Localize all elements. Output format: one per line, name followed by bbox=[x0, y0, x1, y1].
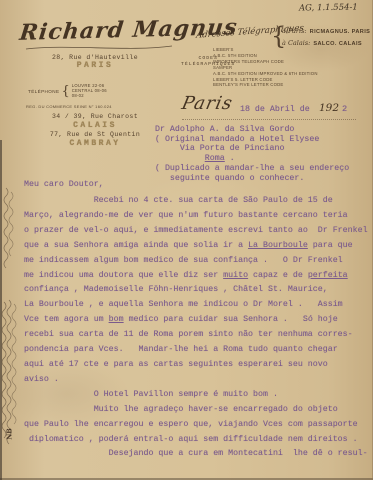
cambray-street: 77, Rue de St Quentin bbox=[36, 131, 154, 139]
salutation: Meu caro Doutor, bbox=[24, 180, 104, 189]
calais-city: CALAIS bbox=[36, 122, 154, 130]
body-line: Desejando que a cura em Montecatini lhe … bbox=[24, 447, 368, 462]
body-line: recebi sua carta de 11 de Roma porem sin… bbox=[24, 328, 368, 343]
branch-addresses-block: 34 / 39, Rue Charost CALAIS 77, Rue de S… bbox=[36, 112, 154, 148]
letter-scan: AG, 1.1.554-1 Richard Magnus 28, Rue d'H… bbox=[0, 0, 373, 480]
paris-city: PARIS bbox=[40, 62, 150, 70]
recipient-block: Dr Adolpho A. da Silva Gordo( Original m… bbox=[155, 125, 349, 183]
telegraph-codes-list: LIEBER'SA.B.C. 5TH EDITIONIMPORTERS TELE… bbox=[213, 47, 318, 88]
dateline-city: Paris bbox=[180, 93, 235, 114]
letter-body: Recebi no 4 cte. sua carta de São Paulo … bbox=[24, 194, 368, 462]
handwritten-margin-note-top bbox=[2, 186, 16, 286]
telephone-numbers: LOUVRE 22-06CENTRAL 08-0608-02 bbox=[72, 84, 107, 98]
commerce-registration: REG. DU COMMERCE SEINE N° 160.024 bbox=[26, 104, 112, 109]
paris-address-block: 28, Rue d'Hauteville PARIS bbox=[40, 54, 150, 70]
body-line: diplomatico , poderá entral-o aqui sem d… bbox=[24, 433, 368, 448]
recipient-line: Dr Adolpho A. da Silva Gordo bbox=[155, 125, 349, 135]
dateline-rule bbox=[182, 119, 356, 120]
body-line: que a sua Senhora amiga ainda que solia … bbox=[24, 239, 368, 254]
logo-flourish-icon bbox=[24, 44, 174, 52]
body-line: me indicou uma doutora que elle diz ser … bbox=[24, 269, 368, 284]
body-line: aviso . bbox=[24, 373, 368, 388]
recipient-line: seguinte quando o conhecer. bbox=[155, 174, 349, 184]
cambray-city: CAMBRAY bbox=[36, 140, 154, 148]
archive-reference: AG, 1.1.554-1 bbox=[299, 2, 358, 13]
telephone-label: TÉLÉPHONE bbox=[28, 89, 59, 94]
body-line: Vce tem agora um bom medico para cuidar … bbox=[24, 313, 368, 328]
body-line: que Paulo lhe encarregou e espero que, v… bbox=[24, 418, 368, 433]
telegraph-code: BENTLEY'S FIVE LETTER CODE bbox=[213, 82, 318, 88]
dateline-year-printed: 192 bbox=[319, 102, 339, 114]
telegraph-code: A.B.C. 5TH EDITION IMPROVED & 6TH EDITIO… bbox=[213, 71, 318, 77]
margin-note-nb-label: NB bbox=[6, 428, 14, 439]
telegraph-address-paris: à Paris: RICMAGNUS. PARIS bbox=[282, 26, 370, 38]
body-line: Março, alegrando-me de ver que n'um futu… bbox=[24, 209, 368, 224]
telephone-brace: { bbox=[61, 84, 69, 99]
recipient-line: Roma . bbox=[155, 154, 349, 164]
recipient-line: ( Original mandado a Hotel Elysee bbox=[155, 135, 349, 145]
recipient-line: ( Duplicado a mandar-lhe a seu endereço bbox=[155, 164, 349, 174]
recipient-line: Via Porta de Pinciano bbox=[155, 144, 349, 154]
body-line: confiança , Mademoiselle Föhn-Henriques … bbox=[24, 283, 368, 298]
dateline-typed-date: 18 de Abril de bbox=[240, 105, 310, 114]
dateline-year-typed: 2 bbox=[342, 104, 347, 114]
body-line: pondencia para Vces. Mandar-lhe hei a Ro… bbox=[24, 343, 368, 358]
body-line: o prazer de vel-o aqui, e immediatamente… bbox=[24, 224, 368, 239]
body-line: me indicassem algum bom medico de sua co… bbox=[24, 254, 368, 269]
telephone-number: 08-02 bbox=[72, 94, 107, 99]
body-line: Muito lhe agradeço haver-se encarregado … bbox=[24, 403, 368, 418]
body-line: aqui até 17 cte e para as cartas seguint… bbox=[24, 358, 368, 373]
body-line: Recebi no 4 cte. sua carta de São Paulo … bbox=[24, 194, 368, 209]
body-line: O Hotel Pavillon sempre é muito bom . bbox=[24, 388, 368, 403]
calais-street: 34 / 39, Rue Charost bbox=[36, 113, 154, 121]
body-line: La Bourboule , e aquella Senhora me indi… bbox=[24, 298, 368, 313]
telephone-block: TÉLÉPHONE { LOUVRE 22-06CENTRAL 08-0608-… bbox=[28, 84, 107, 99]
